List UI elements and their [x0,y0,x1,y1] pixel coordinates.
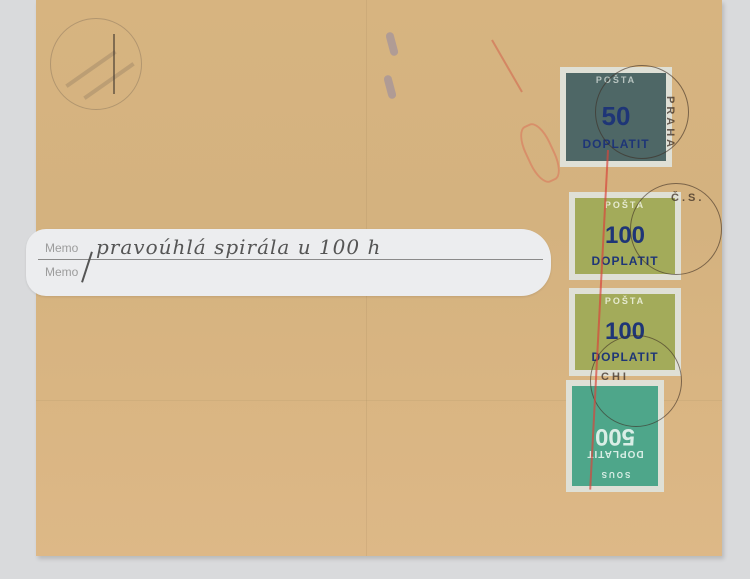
memo-label: Memo [45,241,78,255]
memo-rule [38,259,543,260]
memo-handwriting: pravoúhlá spirála u 100 h [96,235,381,259]
postmark-lower: CHI [590,335,682,427]
blue-pencil-mark [385,31,399,56]
blue-pencil-mark [383,74,397,99]
memo-strip: Memo Memo pravoúhlá spirála u 100 h [26,229,551,296]
stamp-value: 500 [572,422,658,450]
red-pencil-line [491,40,523,93]
postmark-cs: Č.S. [630,183,722,275]
red-crayon-mark [514,119,566,187]
memo-label: Memo [45,265,78,279]
pen-mark [113,34,115,94]
pen-stroke [81,252,92,283]
stamp-overprint: DOPLATIT [572,448,658,459]
postmark-praha: PRAHA [595,65,689,159]
faded-postmark [50,18,142,110]
